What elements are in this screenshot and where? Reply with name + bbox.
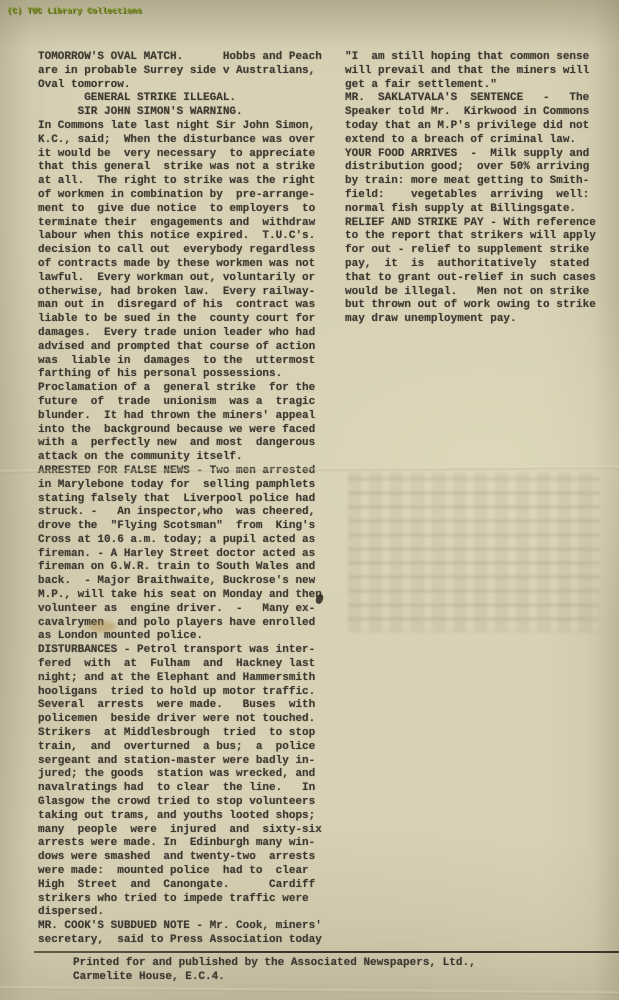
scanned-document-page: (C) TUC Library Collections TOMORROW'S O…: [0, 0, 619, 1000]
right-column-text: "I am still hoping that common sense wil…: [345, 51, 596, 327]
paper-smudge: [88, 621, 116, 632]
tuc-library-copyright-watermark: (C) TUC Library Collections: [7, 7, 142, 16]
reverse-side-showthrough: [348, 472, 600, 632]
imprint-footer: Printed for and published by the Associa…: [73, 957, 476, 985]
paper-crease: [0, 986, 619, 995]
left-column-text: TOMORROW'S OVAL MATCH. Hobbs and Peach a…: [38, 51, 322, 948]
ink-blot: [315, 593, 324, 604]
divider-rule: [34, 951, 619, 953]
